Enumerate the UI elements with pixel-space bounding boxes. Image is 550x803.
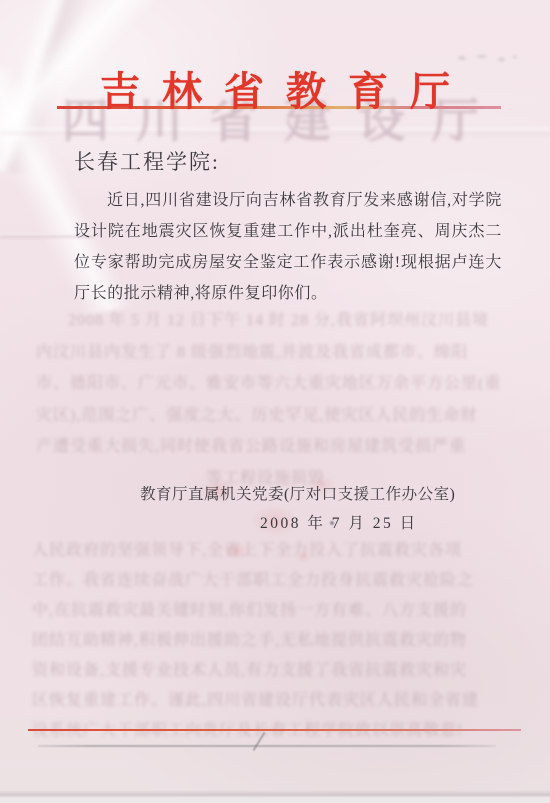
signature-date: 2008 年 7 月 25 日 [260,511,418,533]
bleedthrough-line: 区恢复重建工作。谨此,四川省建设厅代表灾区人民和全省建 [32,686,527,716]
bleedthrough-line: 市、德阳市、广元市、雅安市等六大重灾地区万余平方公里(重 [36,368,526,400]
bleedthrough-line: 团结互助精神,积极伸出援助之手,无私地提供抗震救灾的物 [32,626,527,656]
letterhead-title: 吉林省教育厅 [0,60,550,117]
bleedthrough-line: 设系统广大干部职工向贵厅及长春工程学院致以崇高敬意! [32,716,527,746]
bleedthrough-line: 内汶川县内发生了 8 级强烈地震,并波及我省成都市、绵阳 [36,337,526,369]
signature-organization: 教育厅直属机关党委(厅对口支援工作办公室) [140,482,455,504]
salutation: 长春工程学院: [74,146,502,176]
bleedthrough-line: 资和设备,支援专业技术人员,有力支援了我省抗震救灾和灾 [32,656,527,686]
paper-bottom-edge [0,790,550,803]
bottom-red-rule [28,729,521,731]
bleedthrough-line: 中,在抗震救灾最关键时刻,你们发扬一方有难、八方支援的 [32,596,527,626]
scanned-letter-page: 四川省建设厅 2008 年 5 月 12 日下午 14 时 28 分,我省阿坝州… [0,0,550,803]
letter-paragraph: 近日,四川省建设厅向吉林省教育厅发来感谢信,对学院设计院在地震灾区恢复重建工作中… [74,185,502,309]
bleedthrough-line: 2008 年 5 月 12 日下午 14 时 28 分,我省阿坝州汶川县境 [36,305,526,337]
bottom-gray-rule [38,745,496,747]
ink-speck [330,521,334,525]
letter-body: 长春工程学院: 近日,四川省建设厅向吉林省教育厅发来感谢信,对学院设计院在地震灾… [74,146,502,309]
bleedthrough-line: 灾区),范围之广、强度之大、历史罕见,使灾区人民的生命财 [36,400,526,432]
